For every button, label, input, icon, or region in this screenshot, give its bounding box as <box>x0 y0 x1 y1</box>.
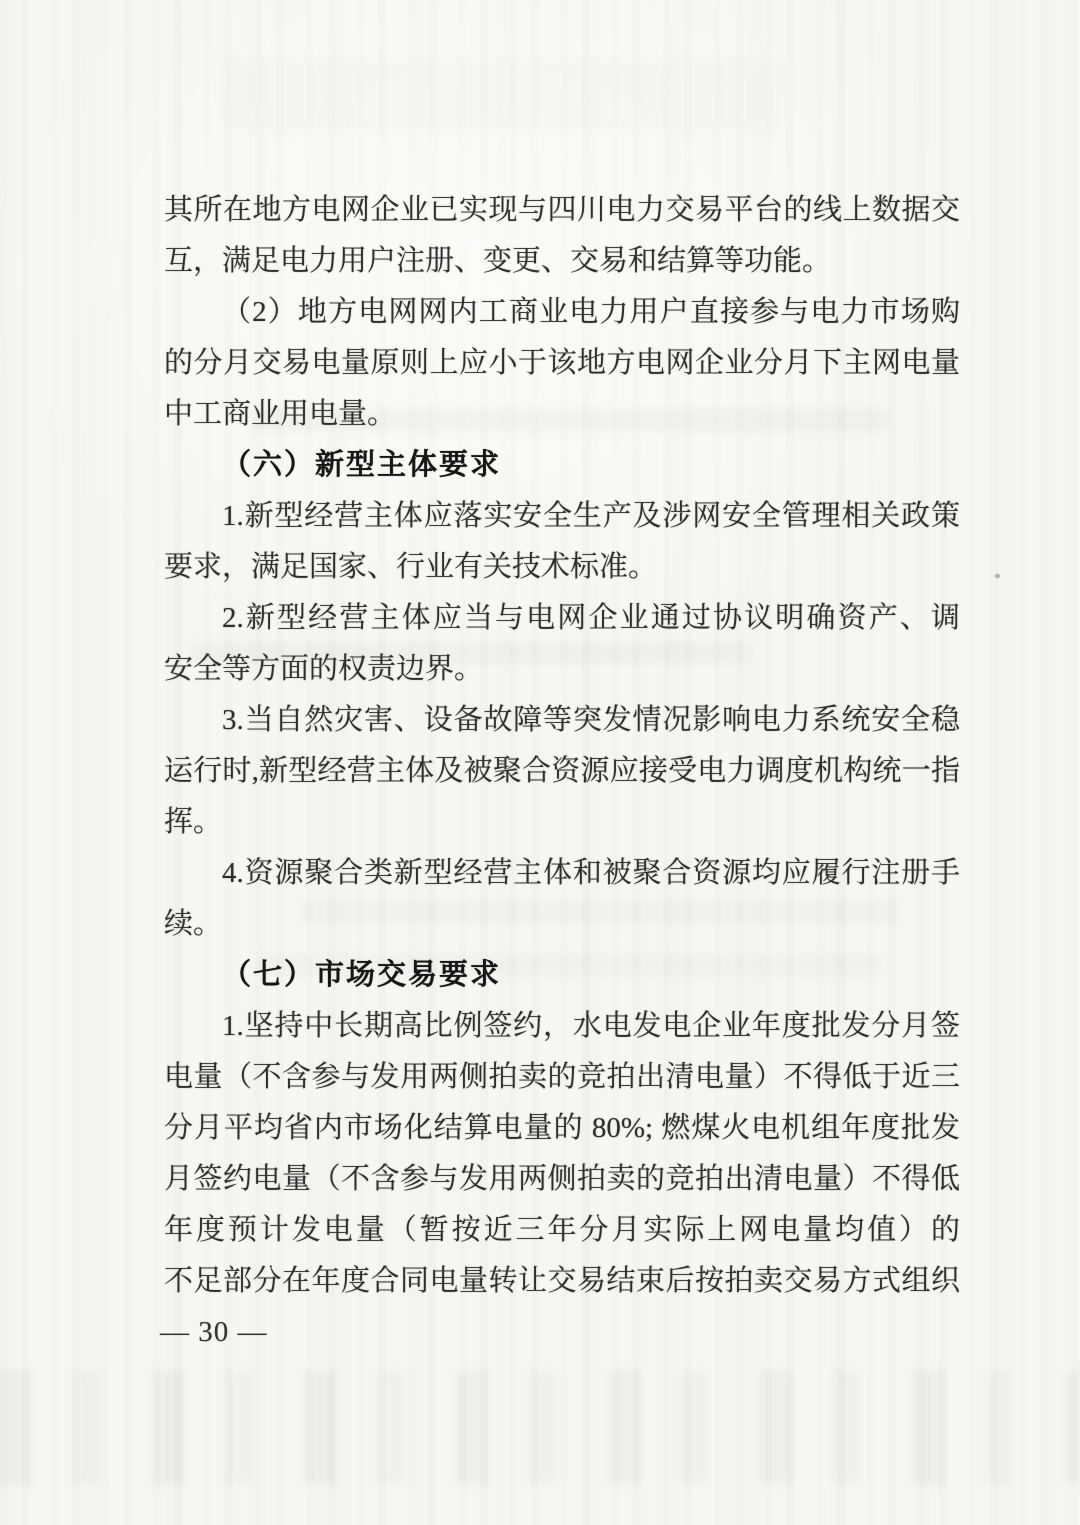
text-line: 运行时,新型经营主体及被聚合资源应接受电力调度机构统一指 <box>164 746 960 797</box>
text-line: 1.新型经营主体应落实安全生产及涉网安全管理相关政策 <box>164 491 960 542</box>
section-heading: （七）市场交易要求 <box>164 950 960 1001</box>
page-body-text: 其所在地方电网企业已实现与四川电力交易平台的线上数据交 互，满足电力用户注册、变… <box>164 185 960 1307</box>
text-line: 年度预计发电量（暂按近三年分月实际上网电量均值）的 80%。 <box>164 1205 960 1256</box>
scan-speck <box>995 574 1000 578</box>
text-line: 月签约电量（不含参与发用两侧拍卖的竞拍出清电量）不得低于 <box>164 1154 960 1205</box>
text-line: 挥。 <box>164 797 960 848</box>
text-line: （2）地方电网网内工商业电力用户直接参与电力市场购电 <box>164 287 960 338</box>
paragraph: 2.新型经营主体应当与电网企业通过协议明确资产、调控、 安全等方面的权责边界。 <box>164 593 960 695</box>
text-line: 4.资源聚合类新型经营主体和被聚合资源均应履行注册手 <box>164 848 960 899</box>
section-heading: （六）新型主体要求 <box>164 440 960 491</box>
text-line: 互，满足电力用户注册、变更、交易和结算等功能。 <box>164 236 960 287</box>
paragraph: 3.当自然灾害、设备故障等突发情况影响电力系统安全稳定 运行时,新型经营主体及被… <box>164 695 960 848</box>
text-line: 安全等方面的权责边界。 <box>164 644 960 695</box>
paragraph: （2）地方电网网内工商业电力用户直接参与电力市场购电 的分月交易电量原则上应小于… <box>164 287 960 440</box>
page-number: — 30 — <box>160 1316 268 1349</box>
text-line: 3.当自然灾害、设备故障等突发情况影响电力系统安全稳定 <box>164 695 960 746</box>
text-line: 续。 <box>164 899 960 950</box>
text-line: 不足部分在年度合同电量转让交易结束后按拍卖交易方式组织 <box>164 1256 960 1307</box>
paragraph: 其所在地方电网企业已实现与四川电力交易平台的线上数据交 互，满足电力用户注册、变… <box>164 185 960 287</box>
paragraph: 1.坚持中长期高比例签约，水电发电企业年度批发分月签约 电量（不含参与发用两侧拍… <box>164 1001 960 1307</box>
paragraph: 1.新型经营主体应落实安全生产及涉网安全管理相关政策 要求，满足国家、行业有关技… <box>164 491 960 593</box>
scanned-document-page: 其所在地方电网企业已实现与四川电力交易平台的线上数据交 互，满足电力用户注册、变… <box>0 0 1080 1525</box>
heading-line: （七）市场交易要求 <box>164 950 960 1001</box>
text-line: 1.坚持中长期高比例签约，水电发电企业年度批发分月签约 <box>164 1001 960 1052</box>
text-line: 其所在地方电网企业已实现与四川电力交易平台的线上数据交 <box>164 185 960 236</box>
text-line: 的分月交易电量原则上应小于该地方电网企业分月下主网电量 <box>164 338 960 389</box>
text-line: 2.新型经营主体应当与电网企业通过协议明确资产、调控、 <box>164 593 960 644</box>
heading-line: （六）新型主体要求 <box>164 440 960 491</box>
paragraph: 4.资源聚合类新型经营主体和被聚合资源均应履行注册手 续。 <box>164 848 960 950</box>
text-line: 电量（不含参与发用两侧拍卖的竞拍出清电量）不得低于近三年 <box>164 1052 960 1103</box>
scan-artifact <box>220 60 780 130</box>
text-line: 中工商业用电量。 <box>164 389 960 440</box>
text-line: 分月平均省内市场化结算电量的 80%; 燃煤火电机组年度批发分 <box>164 1103 960 1154</box>
text-line: 要求，满足国家、行业有关技术标准。 <box>164 542 960 593</box>
